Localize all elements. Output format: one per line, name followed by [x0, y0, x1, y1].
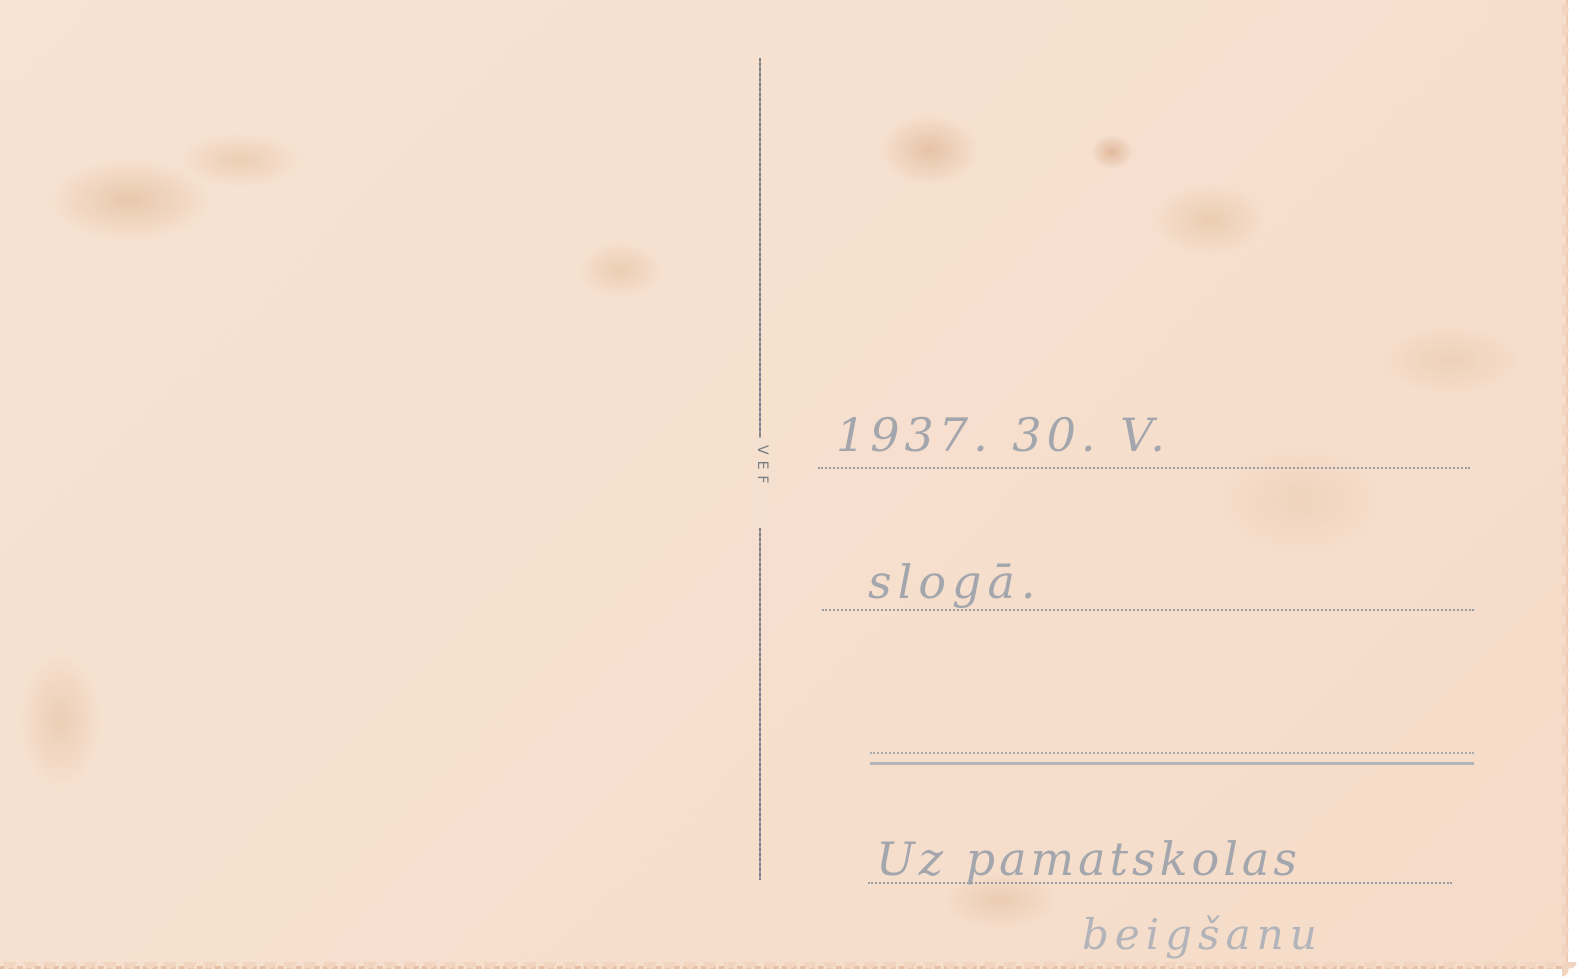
handwritten-place: slogā.: [868, 555, 1042, 609]
handwritten-dedication-line-2: beigšanu: [1082, 910, 1323, 959]
address-line-2: [822, 609, 1474, 611]
postcard-back: VEF 1937. 30. V. slogā. Uz pamatskolas b…: [0, 0, 1568, 969]
deckled-edge-right: [1562, 0, 1577, 977]
address-line-1: [818, 467, 1470, 469]
address-line-3: [870, 752, 1474, 754]
publisher-mark: VEF: [752, 445, 770, 489]
address-line-3-underline: [870, 762, 1474, 765]
deckled-edge-bottom: [0, 962, 1577, 977]
handwritten-dedication-line-1: Uz pamatskolas: [876, 832, 1301, 886]
handwritten-date: 1937. 30. V.: [836, 408, 1170, 462]
